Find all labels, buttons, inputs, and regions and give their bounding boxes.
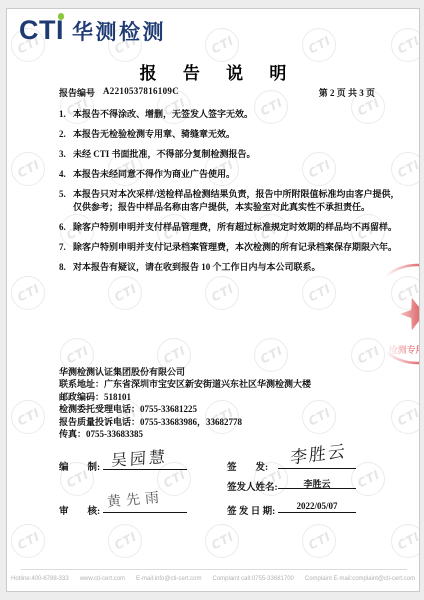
note-number: 7.: [59, 241, 73, 254]
cti-logo-text: CTI: [19, 15, 64, 45]
cti-watermark-text: CTI: [15, 157, 42, 180]
footer-divider: [21, 569, 407, 570]
note-item: 4. 本报告未经同意不得作为商业广告使用。: [59, 168, 401, 181]
issuer-name-label: 签发人姓名:: [227, 479, 278, 493]
cti-watermark-icon: CTI: [351, 462, 385, 496]
cti-watermark-icon: CTI: [391, 28, 420, 62]
cti-watermark-text: CTI: [258, 343, 285, 366]
cti-watermark-icon: CTI: [11, 276, 45, 310]
note-number: 5.: [59, 188, 73, 213]
cti-watermark-text: CTI: [395, 33, 420, 56]
svg-text:华测检测认证集团股份有限公司: 华测检测认证集团股份有限公司: [367, 363, 420, 370]
cti-logo: CTI 华测检测: [19, 17, 166, 44]
report-number-value: A2210537816109C: [103, 86, 179, 96]
cti-watermark-text: CTI: [355, 467, 382, 490]
issue-date-value: 2022/05/07: [278, 501, 356, 511]
page-title: 报 告 说 明: [7, 59, 419, 84]
report-meta-row: 报告编号 A2210537816109C 第 2 页 共 3 页: [7, 86, 419, 100]
prepared-by-signature: 吴园慧: [111, 444, 169, 471]
note-text: 本报告不得涂改、增删，无签发人签字无效。: [73, 108, 401, 121]
cti-watermark-icon: CTI: [11, 524, 45, 558]
note-number: 8.: [59, 261, 73, 274]
cti-watermark-text: CTI: [15, 281, 42, 304]
cti-watermark-text: CTI: [161, 343, 188, 366]
note-item: 5. 本报告只对本次采样/送检样品检测结果负责，报告中所附限值标准均由客户提供，…: [59, 188, 401, 213]
notes-list: 1. 本报告不得涂改、增删，无签发人签字无效。 2. 本报告无检验检测专用章、骑…: [59, 108, 401, 281]
reviewed-by-signature-line: [103, 512, 187, 513]
cti-watermark-text: CTI: [15, 529, 42, 552]
note-item: 8. 对本报告有疑议，请在收到报告 10 个工作日内与本公司联系。: [59, 261, 401, 274]
footer-contact-item: www.cti-cert.com: [80, 576, 125, 582]
note-text: 除客户特别申明并支付样品管理费，所有超过标准规定时效期的样品均不再留样。: [73, 221, 401, 234]
note-number: 3.: [59, 148, 73, 161]
seal-star-icon: [400, 298, 420, 330]
cti-watermark-icon: CTI: [391, 400, 420, 434]
seal-bottom-text: 检测专用章: [388, 344, 420, 355]
cti-watermark-icon: CTI: [205, 524, 239, 558]
cti-watermark-icon: CTI: [205, 28, 239, 62]
cti-watermark-text: CTI: [112, 281, 139, 304]
cti-watermark-text: CTI: [395, 529, 420, 552]
note-item: 3. 未经 CTI 书面批准，不得部分复制检测报告。: [59, 148, 401, 161]
note-item: 7. 除客户特别申明并支付记录档案管理费，本次检测的所有记录档案保存期限六年。: [59, 241, 401, 254]
footer-contact-bar: Hotline:400-6788-333 www.cti-cert.com E-…: [7, 576, 419, 582]
note-text: 本报告未经同意不得作为商业广告使用。: [73, 168, 401, 181]
cti-watermark-text: CTI: [161, 467, 188, 490]
issue-date-line: [278, 512, 356, 513]
note-text: 本报告只对本次采样/送检样品检测结果负责，报告中所附限值标准均由客户提供，仅供参…: [73, 188, 401, 213]
cti-watermark-text: CTI: [64, 343, 91, 366]
cti-watermark-text: CTI: [15, 405, 42, 428]
note-number: 6.: [59, 221, 73, 234]
page-number-info: 第 2 页 共 3 页: [319, 86, 375, 99]
cti-watermark-icon: CTI: [205, 276, 239, 310]
cti-watermark-icon: CTI: [302, 276, 336, 310]
note-text: 除客户特别申明并支付记录档案管理费，本次检测的所有记录档案保存期限六年。: [73, 241, 401, 254]
note-number: 2.: [59, 128, 73, 141]
issued-by-signature-line: [278, 468, 356, 469]
company-info-line: 检测委托受理电话：0755-33681225: [59, 403, 389, 415]
cti-watermark-text: CTI: [209, 33, 236, 56]
company-info-block: 华测检测认证集团股份有限公司 联系地址：广东省深圳市宝安区新安街道兴东社区华测检…: [59, 366, 389, 440]
company-info-line: 邮政编码：518101: [59, 391, 389, 403]
report-page: { "colors": { "navy": "#1d3a73", "green"…: [0, 0, 424, 600]
company-info-line: 联系地址：广东省深圳市宝安区新安街道兴东社区华测检测大楼: [59, 378, 389, 390]
reviewed-by-label: 审 核:: [59, 503, 100, 517]
issued-by-label: 签 发:: [227, 459, 268, 473]
prepared-by-signature-line: [103, 469, 187, 470]
cti-watermark-icon: CTI: [108, 276, 142, 310]
cti-watermark-icon: CTI: [391, 524, 420, 558]
note-number: 4.: [59, 168, 73, 181]
cti-watermark-text: CTI: [209, 529, 236, 552]
note-item: 2. 本报告无检验检测专用章、骑缝章无效。: [59, 128, 401, 141]
cti-watermark-text: CTI: [112, 529, 139, 552]
note-text: 本报告无检验检测专用章、骑缝章无效。: [73, 128, 401, 141]
issued-by-signature: 李胜云: [290, 436, 348, 468]
company-info-line: 华测检测认证集团股份有限公司: [59, 366, 389, 378]
cti-logo-chinese: 华测检测: [72, 22, 166, 44]
footer-contact-item: Complaint E-mail:complaint@cti-cert.com: [305, 576, 415, 582]
report-number-label: 报告编号: [59, 86, 95, 99]
note-text: 未经 CTI 书面批准，不得部分复制检测报告。: [73, 148, 401, 161]
reviewed-by-signature: 黄先雨: [106, 487, 165, 512]
cti-logo-wordmark: CTI: [19, 17, 64, 44]
company-seal: 华测检测认证集团股份有限公司 检测专用章: [361, 258, 420, 370]
cti-watermark-text: CTI: [306, 281, 333, 304]
note-item: 6. 除客户特别申明并支付样品管理费，所有超过标准规定时效期的样品均不再留样。: [59, 221, 401, 234]
note-item: 1. 本报告不得涂改、增删，无签发人签字无效。: [59, 108, 401, 121]
footer-contact-item: E-mail:info@cti-cert.com: [136, 576, 201, 582]
issuer-name-line: [278, 488, 356, 489]
cti-watermark-icon: CTI: [11, 400, 45, 434]
note-text: 对本报告有疑议，请在收到报告 10 个工作日内与本公司联系。: [73, 261, 401, 274]
cti-watermark-text: CTI: [306, 33, 333, 56]
company-info-line: 报告质量投诉电话：0755-33683986，33682778: [59, 416, 389, 428]
cti-watermark-text: CTI: [306, 529, 333, 552]
note-number: 1.: [59, 108, 73, 121]
prepared-by-label: 编 制:: [59, 459, 100, 473]
green-dot-icon: [58, 13, 65, 20]
document-sheet: CTICTICTICTICTICTICTICTICTICTICTICTICTIC…: [6, 8, 420, 592]
cti-watermark-icon: CTI: [302, 524, 336, 558]
footer-contact-item: Hotline:400-6788-333: [11, 576, 69, 582]
seal-ring-text: 华测检测认证集团股份有限公司: [367, 363, 420, 370]
cti-watermark-icon: CTI: [108, 524, 142, 558]
cti-watermark-text: CTI: [395, 405, 420, 428]
footer-contact-item: Complaint call:0755-33681700: [212, 576, 293, 582]
issue-date-label: 签 发 日 期:: [227, 503, 275, 517]
cti-watermark-text: CTI: [209, 281, 236, 304]
cti-watermark-icon: CTI: [11, 152, 45, 186]
cti-watermark-icon: CTI: [302, 28, 336, 62]
